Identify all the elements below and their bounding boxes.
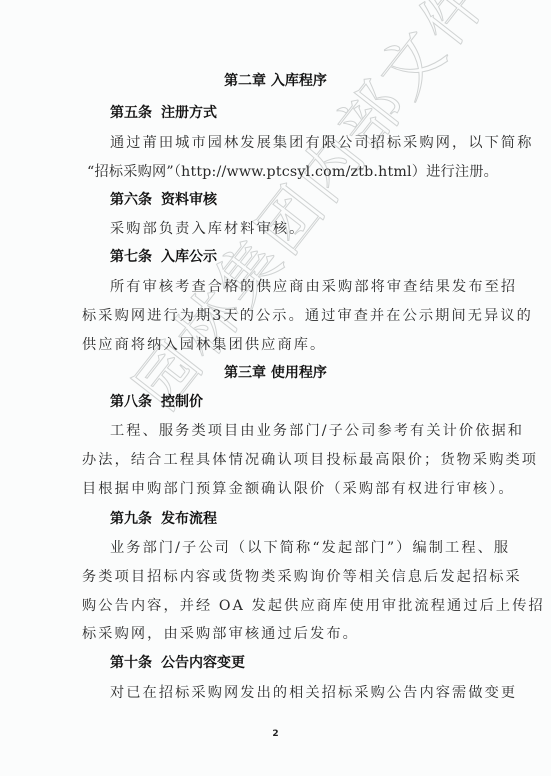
article-heading: 第六条资料审核 — [110, 190, 217, 210]
article-title: 发布流程 — [161, 511, 217, 527]
paragraph-line: 务类项目招标内容或货物类采购询价等相关信息后发起招标采 — [82, 567, 522, 587]
paragraph-line: 购公告内容，并经 OA 发起供应商库使用审批流程通过后上传招 — [82, 596, 545, 616]
paragraph-line: “招标采购网”（http://www.ptcsyl.com/ztb.html）进… — [87, 162, 498, 182]
article-number: 第五条 — [110, 105, 152, 121]
article-title: 公告内容变更 — [161, 655, 245, 671]
article-number: 第十条 — [110, 655, 152, 671]
paragraph-line: 目根据申购部门预算金额确认限价（采购部有权进行审核）。 — [82, 479, 515, 499]
article-title: 资料审核 — [161, 192, 217, 208]
paragraph-line: 办法，结合工程具体情况确认项目投标最高限价；货物采购类项 — [82, 450, 538, 470]
article-number: 第九条 — [110, 511, 152, 527]
article-title: 入库公示 — [161, 249, 217, 265]
paragraph-line: 采购部负责入库材料审核。 — [110, 219, 305, 239]
paragraph-line: 对已在招标采购网发出的相关招标采购公告内容需做变更 — [110, 683, 517, 703]
article-title: 注册方式 — [161, 105, 217, 121]
article-heading: 第五条注册方式 — [110, 103, 217, 123]
page-number: 2 — [0, 729, 551, 739]
article-heading: 第八条控制价 — [110, 392, 203, 412]
article-heading: 第七条入库公示 — [110, 247, 217, 267]
paragraph-line: 标采购网，由采购部审核通过后发布。 — [82, 624, 359, 644]
article-heading: 第十条公告内容变更 — [110, 653, 245, 673]
article-number: 第六条 — [110, 192, 152, 208]
paragraph-line: 通过莆田城市园林发展集团有限公司招标采购网，以下简称 — [110, 133, 533, 153]
chapter-heading: 第二章 入库程序 — [0, 71, 551, 91]
paragraph-line: 供应商将纳入园林集团供应商库。 — [82, 335, 326, 355]
paragraph-line: 所有审核考查合格的供应商由采购部将审查结果发布至招 — [110, 277, 517, 297]
article-number: 第八条 — [110, 394, 152, 410]
document-page: 园林集团内部文件 第二章 入库程序 第五条注册方式 通过莆田城市园林发展集团有限… — [0, 0, 551, 776]
paragraph-line: 业务部门/子公司（以下简称“发起部门”）编制工程、服 — [110, 538, 510, 558]
paragraph-line: 标采购网进行为期3天的公示。通过审查并在公示期间无异议的 — [82, 306, 533, 326]
paragraph-line: 工程、服务类项目由业务部门/子公司参考有关计价依据和 — [110, 421, 524, 441]
article-title: 控制价 — [161, 394, 203, 410]
chapter-heading: 第三章 使用程序 — [0, 363, 551, 383]
article-heading: 第九条发布流程 — [110, 509, 217, 529]
article-number: 第七条 — [110, 249, 152, 265]
